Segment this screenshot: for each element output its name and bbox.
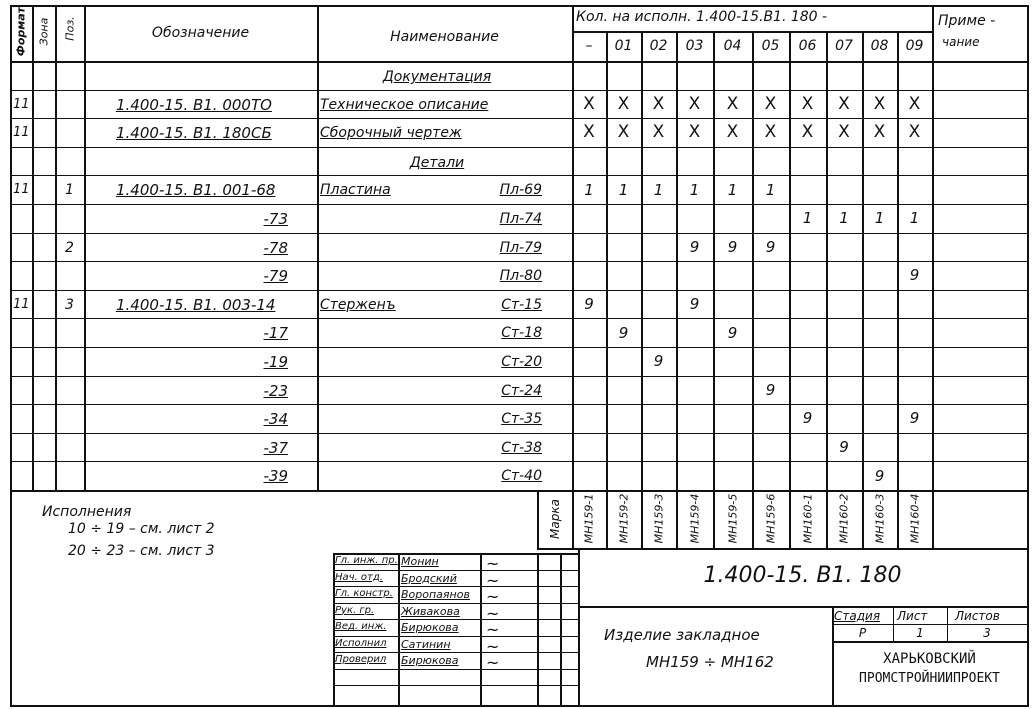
row-name: Техническое описание: [320, 98, 488, 112]
signature-name: Бродский: [401, 573, 457, 584]
qty-cross-mark: X: [862, 118, 897, 147]
stage-value: Р: [832, 627, 893, 639]
row-designation: -73: [84, 212, 288, 227]
row-name-code: Ст-35: [467, 412, 542, 426]
qty-cross-mark: X: [572, 90, 606, 119]
row-designation: -23: [84, 384, 288, 399]
signature-row-divider: [333, 570, 578, 571]
sheet-label: Лист: [897, 610, 927, 622]
row-name-code: Пл-79: [467, 241, 542, 255]
qty-cross-mark: X: [862, 90, 897, 119]
row-name-code: Пл-69: [467, 183, 542, 197]
signature-name: Воропаянов: [401, 589, 470, 600]
row-name-code: Пл-74: [467, 212, 542, 226]
qty-cross-mark: X: [826, 118, 862, 147]
frame-bottom: [10, 705, 1029, 707]
stage-value-divider: [832, 641, 1027, 643]
signature-name: Бирюкова: [401, 622, 459, 633]
row-designation: 1.400-15. В1. 000ТО: [116, 98, 272, 113]
header-zone: Зона: [38, 5, 51, 59]
row-position: 2: [55, 241, 84, 255]
marka-value: МН159-5: [726, 489, 739, 549]
row-divider: [10, 290, 1027, 291]
qty-cross-mark: X: [713, 118, 752, 147]
sheets-value: 3: [947, 627, 1027, 639]
row-designation: 1.400-15. В1. 180СБ: [116, 126, 272, 141]
qty-value: 9: [897, 404, 932, 433]
row-format: 11: [13, 126, 30, 139]
signature-column-divider: [398, 553, 400, 705]
row-designation: -39: [84, 469, 288, 484]
signature-role: Гл. констр.: [335, 589, 393, 599]
marka-value: МН160-1: [801, 489, 814, 549]
marka-value: МН159-4: [688, 489, 701, 549]
qty-value: 9: [676, 290, 713, 319]
row-name: Пластина: [320, 183, 391, 197]
header-qty-column: 04: [713, 39, 752, 53]
qty-value: 9: [752, 233, 789, 262]
row-designation: 1.400-15. В1. 001-68: [116, 183, 275, 198]
row-position: 1: [55, 183, 84, 197]
frame-top: [10, 5, 1027, 7]
header-qty-column: 02: [641, 39, 676, 53]
stage-label: Стадия: [834, 610, 880, 622]
qty-value: 9: [789, 404, 826, 433]
qty-value: 1: [897, 204, 932, 233]
header-qty-column: –: [572, 39, 606, 53]
qty-cross-mark: X: [897, 118, 932, 147]
marka-value: МН159-1: [583, 489, 596, 549]
signature-name: Бирюкова: [401, 655, 459, 666]
section-heading: Документация: [317, 70, 557, 84]
qty-cross-mark: X: [826, 90, 862, 119]
signature-row-divider: [333, 652, 578, 653]
header-qty-column: 07: [826, 39, 862, 53]
qty-cross-mark: X: [606, 118, 641, 147]
qty-value: 1: [572, 175, 606, 204]
qty-value: 1: [713, 175, 752, 204]
qty-value: 1: [789, 204, 826, 233]
row-format: 11: [13, 98, 30, 111]
qty-cross-mark: X: [606, 90, 641, 119]
signature-role: Исполнил: [335, 639, 386, 649]
header-qty-column: 03: [676, 39, 713, 53]
row-designation: -34: [84, 412, 288, 427]
title-block-divider: [578, 606, 1027, 608]
qty-cross-mark: X: [789, 118, 826, 147]
row-name: Сборочный чертеж: [320, 126, 462, 140]
qty-value: 1: [862, 204, 897, 233]
qty-value: 1: [641, 175, 676, 204]
marka-value: МН159-3: [652, 489, 665, 549]
frame-left: [10, 5, 12, 705]
stage-header-divider: [832, 624, 1027, 625]
marka-label: Марка: [548, 489, 562, 549]
qty-cross-mark: X: [713, 90, 752, 119]
row-divider: [10, 404, 1027, 405]
header-note: Приме -: [938, 14, 995, 28]
qty-value: 1: [826, 204, 862, 233]
row-designation: 1.400-15. В1. 003-14: [116, 298, 275, 313]
qty-column-divider: [932, 5, 934, 548]
row-divider: [10, 318, 1027, 319]
header-name: Наименование: [317, 30, 572, 44]
row-name-code: Ст-20: [467, 355, 542, 369]
product-name: Изделие закладное: [604, 628, 760, 643]
qty-value: 9: [752, 376, 789, 405]
column-divider: [32, 5, 34, 490]
header-position: Поз.: [64, 2, 77, 56]
qty-value: 1: [606, 175, 641, 204]
notes-title: Исполнения: [42, 505, 131, 519]
row-name-code: Ст-40: [467, 469, 542, 483]
row-name-code: Ст-18: [467, 326, 542, 340]
row-divider: [10, 347, 1027, 348]
marka-bottom: [537, 548, 1027, 550]
marka-value: МН159-6: [764, 489, 777, 549]
signature-name: Монин: [401, 556, 439, 567]
marka-left: [537, 490, 539, 548]
signature-role: Проверил: [335, 655, 386, 665]
row-position: 3: [55, 298, 84, 312]
product-range: МН159 ÷ МН162: [646, 655, 774, 670]
qty-cross-mark: X: [572, 118, 606, 147]
qty-cross-mark: X: [752, 118, 789, 147]
qty-header-divider: [572, 31, 932, 33]
row-divider: [10, 433, 1027, 434]
qty-value: 9: [897, 261, 932, 290]
signature-row-divider: [333, 619, 578, 620]
signature-row-divider: [333, 669, 578, 670]
signature-role: Вед. инж.: [335, 622, 387, 632]
qty-value: 9: [826, 433, 862, 462]
qty-value: 1: [752, 175, 789, 204]
row-name-code: Ст-24: [467, 384, 542, 398]
header-qty-column: 05: [752, 39, 789, 53]
marka-value: МН160-4: [908, 489, 921, 549]
row-name-code: Пл-80: [467, 269, 542, 283]
signature-name: Сатинин: [401, 639, 451, 650]
qty-column-divider: [572, 5, 574, 548]
qty-value: 9: [606, 318, 641, 347]
qty-value: 9: [862, 461, 897, 490]
signature-row-divider: [333, 636, 578, 637]
row-divider: [10, 261, 1027, 262]
frame-right: [1027, 5, 1029, 705]
row-designation: -78: [84, 241, 288, 256]
signature-row-divider: [333, 685, 578, 686]
header-qty-column: 09: [897, 39, 932, 53]
qty-cross-mark: X: [676, 118, 713, 147]
row-format: 11: [13, 183, 30, 196]
row-name-code: Ст-38: [467, 441, 542, 455]
section-heading: Детали: [317, 156, 557, 170]
qty-cross-mark: X: [789, 90, 826, 119]
row-format: 11: [13, 298, 30, 311]
row-divider: [10, 175, 1027, 176]
row-designation: -79: [84, 269, 288, 284]
qty-cross-mark: X: [676, 90, 713, 119]
sheets-label: Листов: [955, 610, 1000, 622]
qty-cross-mark: X: [752, 90, 789, 119]
signature-column-divider: [537, 553, 539, 705]
row-divider: [10, 233, 1027, 234]
qty-value: 9: [641, 347, 676, 376]
qty-value: 9: [676, 233, 713, 262]
organization-name: ПРОМСТРОЙНИИПРОЕКТ: [832, 670, 1027, 688]
signature-role: Рук. гр.: [335, 606, 374, 616]
document-code: 1.400-15. В1. 180: [578, 565, 1027, 587]
signature-bottom: [10, 705, 20, 707]
header-bottom: [10, 61, 1027, 63]
row-divider: [10, 147, 1027, 148]
header-qty-column: 01: [606, 39, 641, 53]
marka-value: МН160-3: [873, 489, 886, 549]
row-divider: [10, 376, 1027, 377]
signature-role: Гл. инж. пр.: [335, 556, 398, 566]
signature-column-divider: [560, 553, 562, 705]
signature-column-divider: [480, 553, 482, 705]
qty-value: 9: [713, 318, 752, 347]
signature-row-divider: [333, 586, 578, 587]
row-name-code: Ст-15: [467, 298, 542, 312]
qty-cross-mark: X: [641, 90, 676, 119]
row-name: Стерженъ: [320, 298, 396, 312]
qty-value: 9: [572, 290, 606, 319]
row-designation: -17: [84, 326, 288, 341]
qty-value: 1: [676, 175, 713, 204]
signature-name: Живакова: [401, 606, 460, 617]
marka-value: МН159-2: [617, 489, 630, 549]
header-note: чание: [942, 36, 979, 48]
notes-line: 10 ÷ 19 – см. лист 2: [68, 522, 215, 536]
qty-cross-mark: X: [897, 90, 932, 119]
header-qty-column: 06: [789, 39, 826, 53]
row-designation: -37: [84, 441, 288, 456]
header-format: Формат: [15, 5, 28, 59]
signature-row-divider: [333, 603, 578, 604]
header-qty-column: 08: [862, 39, 897, 53]
qty-cross-mark: X: [641, 118, 676, 147]
row-designation: -19: [84, 355, 288, 370]
header-designation: Обозначение: [84, 26, 317, 40]
notes-line: 20 ÷ 23 – см. лист 3: [68, 544, 215, 558]
handwritten-signature: ~: [486, 653, 499, 672]
header-qty-title: Кол. на исполн. 1.400-15.В1. 180 -: [576, 10, 827, 24]
qty-value: 9: [713, 233, 752, 262]
sheet-value: 1: [893, 627, 947, 639]
signature-role: Нач. отд.: [335, 573, 383, 583]
marka-value: МН160-2: [838, 489, 851, 549]
organization-name: ХАРЬКОВСКИЙ: [832, 650, 1027, 668]
